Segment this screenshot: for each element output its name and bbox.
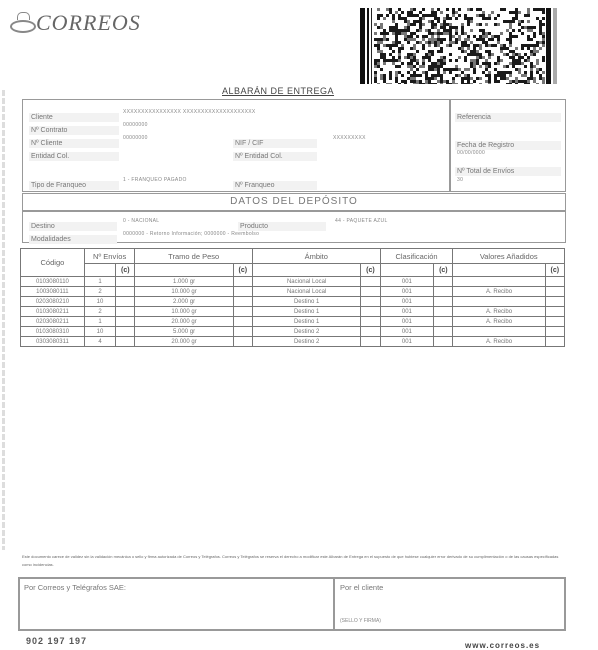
stamp-label: (SELLO Y FIRMA) [340, 618, 381, 624]
peso-check [233, 327, 252, 337]
signature-box: Por Correos y Telégrafos SAE: Por el cli… [18, 577, 566, 631]
document-title: ALBARÁN DE ENTREGA [222, 86, 334, 96]
peso-check-marker: (c) [233, 264, 252, 277]
row-clasificacion: 001 [380, 287, 434, 297]
peso-check [233, 317, 252, 327]
row-clasificacion: 001 [380, 307, 434, 317]
row-peso: 10.000 gr [135, 287, 233, 297]
row-codigo: 0203080211 [21, 317, 85, 327]
tipo-franqueo-label: Tipo de Franqueo [29, 181, 119, 190]
row-clasificacion: 001 [380, 327, 434, 337]
table-row: 0303080311420.000 grDestino 2001A. Recib… [21, 337, 565, 347]
row-codigo: 0203080210 [21, 297, 85, 307]
row-codigo: 0103080211 [21, 307, 85, 317]
table-row: 010308011011.000 grNacional Local001 [21, 277, 565, 287]
cliente-value: XXXXXXXXXXXXXXXX XXXXXXXXXXXXXXXXXXXX [123, 109, 256, 115]
row-valores: A. Recibo [453, 337, 545, 347]
row-ambito: Nacional Local [252, 277, 360, 287]
row-peso: 20.000 gr [135, 337, 233, 347]
valores-check [545, 277, 564, 287]
num-franqueo-label: Nº Franqueo [233, 181, 317, 190]
peso-check [233, 297, 252, 307]
ambito-check [361, 337, 380, 347]
envios-check [116, 317, 135, 327]
envios-check [116, 327, 135, 337]
brand-name: CORREOS [36, 12, 141, 34]
row-peso: 2.000 gr [135, 297, 233, 307]
col-valores: Valores Añadidos [453, 249, 565, 264]
clasificacion-check [434, 277, 453, 287]
valores-check [545, 287, 564, 297]
row-envios: 1 [84, 317, 115, 327]
row-ambito: Destino 2 [252, 327, 360, 337]
fecha-registro-label: Fecha de Registro [455, 141, 561, 150]
row-envios: 1 [84, 277, 115, 287]
ambito-check [361, 277, 380, 287]
contrato-value: 00000000 [123, 122, 148, 128]
pdf417-barcode [360, 8, 560, 84]
website: www.correos.es [465, 641, 540, 650]
phone-number: 902 197 197 [26, 636, 87, 646]
row-valores [453, 297, 545, 307]
valores-check [545, 327, 564, 337]
clasificacion-check [434, 327, 453, 337]
col-clasificacion: Clasificación [380, 249, 453, 264]
num-entidad-label: Nº Entidad Col. [233, 152, 317, 161]
row-peso: 1.000 gr [135, 277, 233, 287]
row-codigo: 1003080111 [21, 287, 85, 297]
table-row: 0203080211120.000 grDestino 1001A. Recib… [21, 317, 565, 327]
total-envios-value: 30 [457, 177, 463, 183]
row-codigo: 0303080311 [21, 337, 85, 347]
peso-check [233, 287, 252, 297]
client-info-box: Cliente XXXXXXXXXXXXXXXX XXXXXXXXXXXXXXX… [22, 99, 566, 192]
deposit-title: DATOS DEL DEPÓSITO [23, 196, 565, 207]
row-valores [453, 327, 545, 337]
clasificacion-check [434, 307, 453, 317]
valores-check [545, 317, 564, 327]
table-row: 1003080111210.000 grNacional Local001A. … [21, 287, 565, 297]
entidad-label: Entidad Col. [29, 152, 119, 161]
row-clasificacion: 001 [380, 297, 434, 307]
referencia-label: Referencia [455, 113, 561, 122]
row-ambito: Nacional Local [252, 287, 360, 297]
ambito-check [361, 287, 380, 297]
correos-logo: CORREOS [10, 12, 141, 34]
row-peso: 20.000 gr [135, 317, 233, 327]
col-ambito: Ámbito [252, 249, 380, 264]
table-row: 0103080310105.000 grDestino 2001 [21, 327, 565, 337]
producto-label: Producto [238, 222, 326, 231]
clasificacion-check-marker: (c) [434, 264, 453, 277]
destino-value: 0 - NACIONAL [123, 218, 159, 224]
envios-check [116, 287, 135, 297]
envios-check [116, 277, 135, 287]
ambito-check [361, 307, 380, 317]
row-ambito: Destino 2 [252, 337, 360, 347]
side-margin-text [2, 90, 5, 550]
valores-check-marker: (c) [545, 264, 564, 277]
peso-check [233, 277, 252, 287]
row-codigo: 0103080110 [21, 277, 85, 287]
row-codigo: 0103080310 [21, 327, 85, 337]
tipo-franqueo-value: 1 - FRANQUEO PAGADO [123, 177, 187, 183]
row-valores: A. Recibo [453, 287, 545, 297]
row-envios: 4 [84, 337, 115, 347]
modalidades-label: Modalidades [29, 235, 117, 244]
row-envios: 2 [84, 307, 115, 317]
post-horn-crown-icon [10, 12, 34, 34]
fecha-registro-value: 00/00/0000 [457, 150, 485, 156]
valores-check [545, 337, 564, 347]
ambito-check [361, 297, 380, 307]
nif-value: XXXXXXXXX [333, 135, 366, 141]
row-clasificacion: 001 [380, 277, 434, 287]
row-clasificacion: 001 [380, 317, 434, 327]
row-envios: 10 [84, 297, 115, 307]
ambito-check-marker: (c) [361, 264, 380, 277]
clasificacion-check [434, 337, 453, 347]
ambito-check [361, 327, 380, 337]
envios-check [116, 307, 135, 317]
row-envios: 2 [84, 287, 115, 297]
col-peso: Tramo de Peso [135, 249, 252, 264]
producto-value: 44 - PAQUETE AZUL [335, 218, 388, 224]
correos-sign-label: Por Correos y Telégrafos SAE: [24, 583, 126, 592]
table-row: 0203080210102.000 grDestino 1001 [21, 297, 565, 307]
legal-disclaimer: Este documento carece de validez sin la … [22, 553, 567, 569]
table-row: 0103080211210.000 grDestino 1001A. Recib… [21, 307, 565, 317]
row-clasificacion: 001 [380, 337, 434, 347]
client-sign-label: Por el cliente [340, 583, 383, 592]
shipments-table: Código Nº Envíos Tramo de Peso Ámbito Cl… [20, 248, 565, 347]
clasificacion-check [434, 287, 453, 297]
row-valores: A. Recibo [453, 307, 545, 317]
row-valores [453, 277, 545, 287]
col-envios: Nº Envíos [84, 249, 135, 264]
envios-check [116, 297, 135, 307]
row-ambito: Destino 1 [252, 317, 360, 327]
envios-check-marker: (c) [116, 264, 135, 277]
peso-check [233, 307, 252, 317]
num-cliente-value: 00000000 [123, 135, 148, 141]
clasificacion-check [434, 297, 453, 307]
col-codigo: Código [21, 249, 85, 277]
row-ambito: Destino 1 [252, 297, 360, 307]
valores-check [545, 297, 564, 307]
deposit-info-box: DATOS DEL DEPÓSITO Destino 0 - NACIONAL … [22, 193, 566, 243]
total-envios-label: Nº Total de Envíos [455, 167, 561, 176]
row-envios: 10 [84, 327, 115, 337]
modalidades-value: 0000000 - Retorno Información; 0000000 -… [123, 231, 259, 237]
peso-check [233, 337, 252, 347]
clasificacion-check [434, 317, 453, 327]
row-peso: 10.000 gr [135, 307, 233, 317]
ambito-check [361, 317, 380, 327]
row-ambito: Destino 1 [252, 307, 360, 317]
valores-check [545, 307, 564, 317]
row-valores: A. Recibo [453, 317, 545, 327]
envios-check [116, 337, 135, 347]
row-peso: 5.000 gr [135, 327, 233, 337]
